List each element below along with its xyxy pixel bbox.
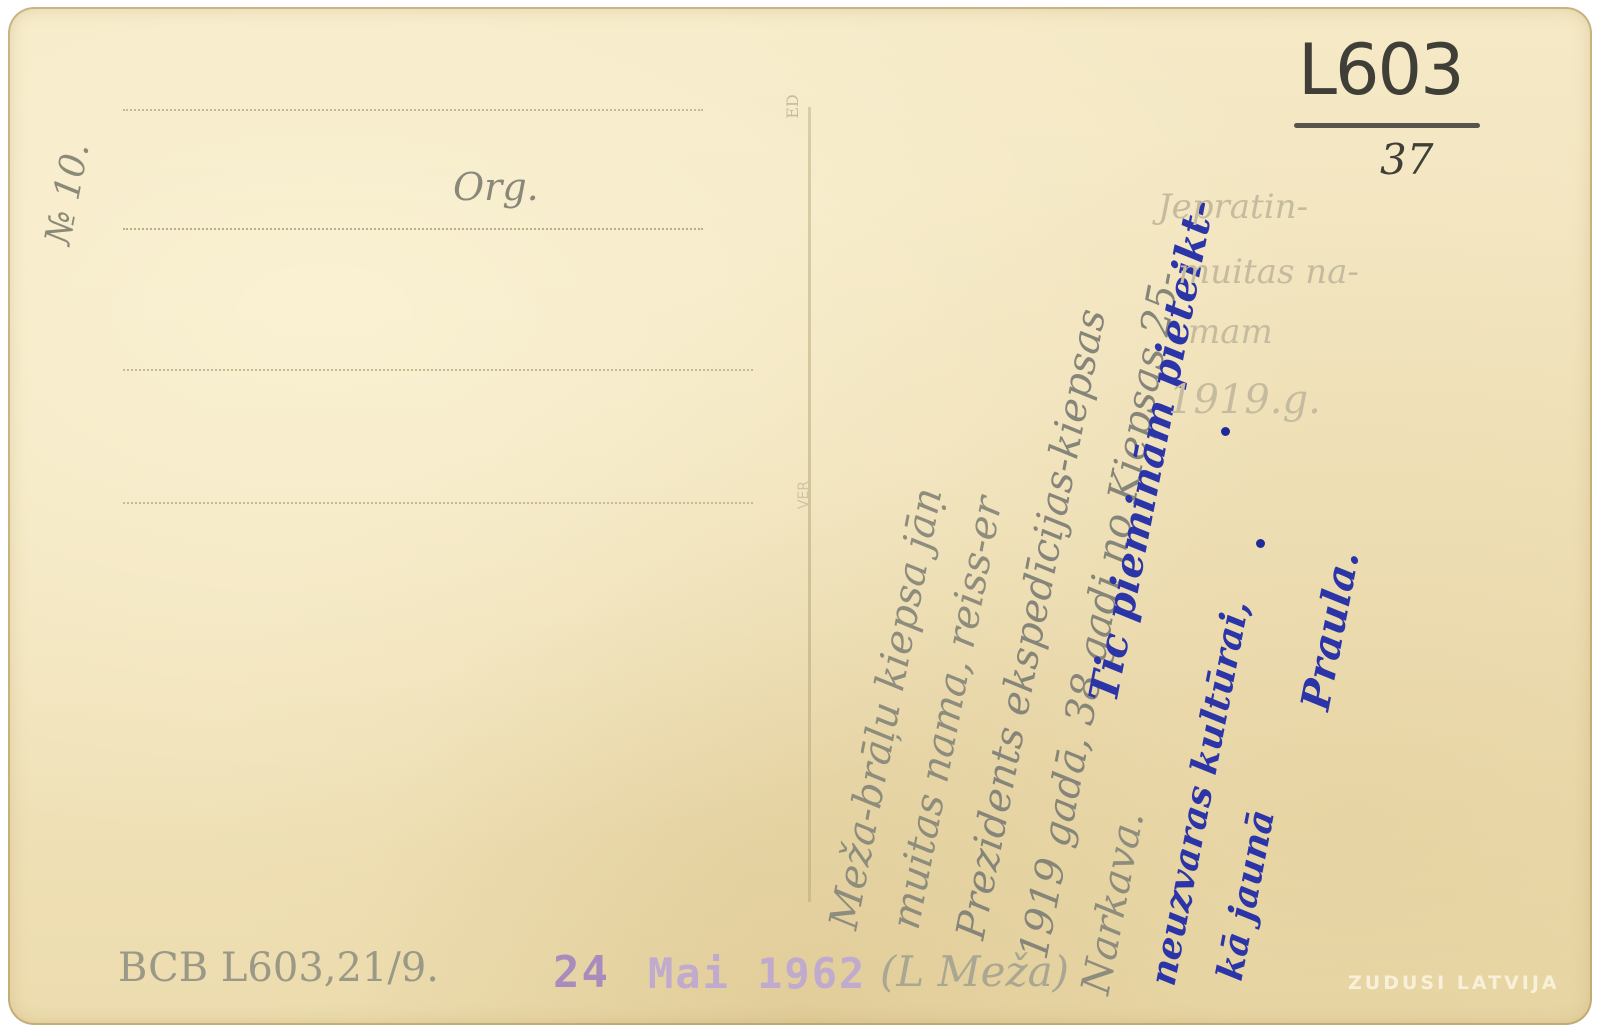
bottom-paren-note: (L Meža) [880,947,1069,996]
ink-line-3: kā jaunā [1209,806,1283,984]
postcard-back: L603 37 № 10. Org. ED VER Meža-brāļu kie… [8,7,1592,1025]
address-line-4 [123,502,753,504]
catalog-sub-number: 37 [1380,135,1433,184]
bottom-catalog-note: BCB L603,21/9. [118,945,439,991]
ink-dot [1256,539,1265,548]
right-note-line-3: mam [1188,312,1273,352]
pencil-line-5: Narkava. [1073,807,1153,998]
ink-dot [1221,427,1230,436]
date-stamp-day: 24 [553,947,610,998]
catalog-number: L603 [1298,29,1463,111]
catalog-underline [1294,123,1480,128]
right-note-line-1: Jepratin- [1158,187,1308,227]
item-number-note: № 10. [38,139,98,248]
right-note-line-2: muitas na- [1178,252,1359,292]
watermark: zudusi latvija [1348,972,1560,994]
address-line-2 [123,228,703,230]
address-line-3 [123,369,753,371]
corner-print: ED [783,94,802,119]
ink-line-4: Praula. [1292,547,1369,714]
address-word: Org. [453,165,539,209]
right-note-line-4: 1919.g. [1168,377,1321,423]
date-stamp-month-year: Mai 1962 [648,949,866,998]
address-line-1 [123,109,703,111]
vertical-print: VER [796,481,812,509]
